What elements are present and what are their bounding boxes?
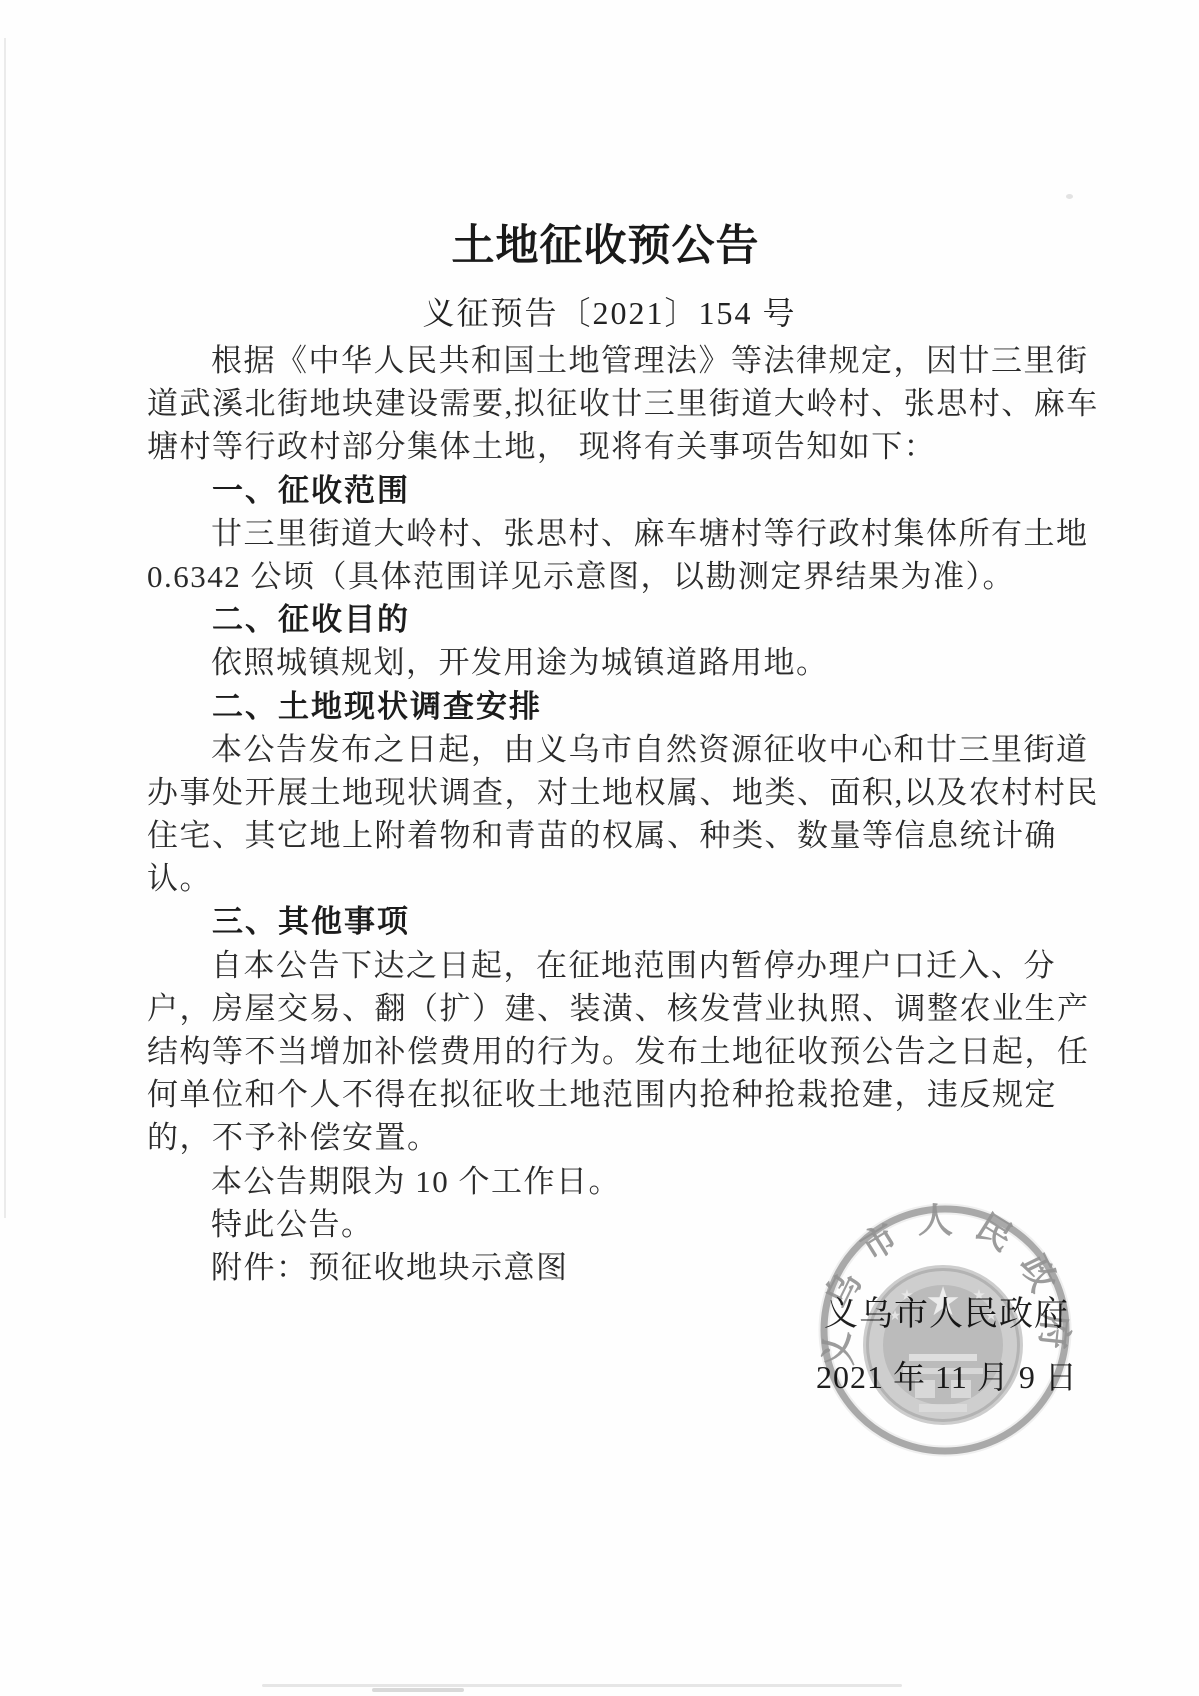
- emblem-small-star-icon: ★: [972, 1286, 985, 1304]
- emblem-small-star-icon: ★: [985, 1308, 998, 1324]
- section-heading: 二、土地现状调查安排: [147, 685, 1157, 728]
- body-line: 道武溪北街地块建设需要,拟征收廿三里街道大岭村、张思村、麻车: [147, 382, 1157, 425]
- body-line: 廿三里街道大岭村、张思村、麻车塘村等行政村集体所有土地: [147, 512, 1157, 555]
- emblem-small-star-icon: ★: [889, 1308, 902, 1324]
- emblem-small-star-icon: ★: [900, 1286, 913, 1304]
- scan-smudge: [262, 1684, 902, 1687]
- section-heading: 二、征收目的: [147, 598, 1157, 641]
- section-heading: 三、其他事项: [147, 900, 1157, 943]
- official-seal: ★ ★ ★ ★ ★ 义乌市人民政府: [793, 1178, 1097, 1482]
- scan-smudge: [372, 1688, 464, 1692]
- scan-edge-artifact: [4, 38, 6, 1218]
- scanned-document-page: { "page": { "background": "#fefefe", "in…: [0, 0, 1199, 1696]
- doc-number: 义征预告〔2021〕154 号: [10, 294, 1199, 332]
- page-title: 土地征收预公告: [6, 221, 1199, 271]
- body-line: 本公告发布之日起，由义乌市自然资源征收中心和廿三里街道: [147, 728, 1157, 771]
- body-line: 认。: [147, 857, 1157, 900]
- body-line: 的，不予补偿安置。: [147, 1116, 1157, 1159]
- body-line: 自本公告下达之日起，在征地范围内暂停办理户口迁入、分: [147, 944, 1157, 987]
- body-line: 根据《中华人民共和国土地管理法》等法律规定，因廿三里街: [147, 339, 1157, 382]
- body-line: 住宅、其它地上附着物和青苗的权属、种类、数量等信息统计确: [147, 814, 1157, 857]
- body-line: 结构等不当增加补偿费用的行为。发布土地征收预公告之日起，任: [147, 1030, 1157, 1073]
- emblem-big-star-icon: ★: [925, 1279, 961, 1325]
- body-lines: 根据《中华人民共和国土地管理法》等法律规定，因廿三里街道武溪北街地块建设需要,拟…: [147, 339, 1157, 1289]
- scan-speck: [1066, 194, 1073, 199]
- body-line: 塘村等行政村部分集体土地， 现将有关事项告知如下：: [147, 425, 1157, 468]
- body-line: 办事处开展土地现状调查，对土地权属、地类、面积,以及农村村民: [147, 771, 1157, 814]
- body-line: 户，房屋交易、翻（扩）建、装潢、核发营业执照、调整农业生产: [147, 987, 1157, 1030]
- body-line: 0.6342 公顷（具体范围详见示意图，以勘测定界结果为准）。: [147, 555, 1157, 598]
- section-heading: 一、征收范围: [147, 469, 1157, 512]
- body-line: 何单位和个人不得在拟征收土地范围内抢种抢栽抢建，违反规定: [147, 1073, 1157, 1116]
- seal-emblem: ★ ★ ★ ★ ★: [866, 1268, 1020, 1422]
- body-line: 依照城镇规划，开发用途为城镇道路用地。: [147, 641, 1157, 684]
